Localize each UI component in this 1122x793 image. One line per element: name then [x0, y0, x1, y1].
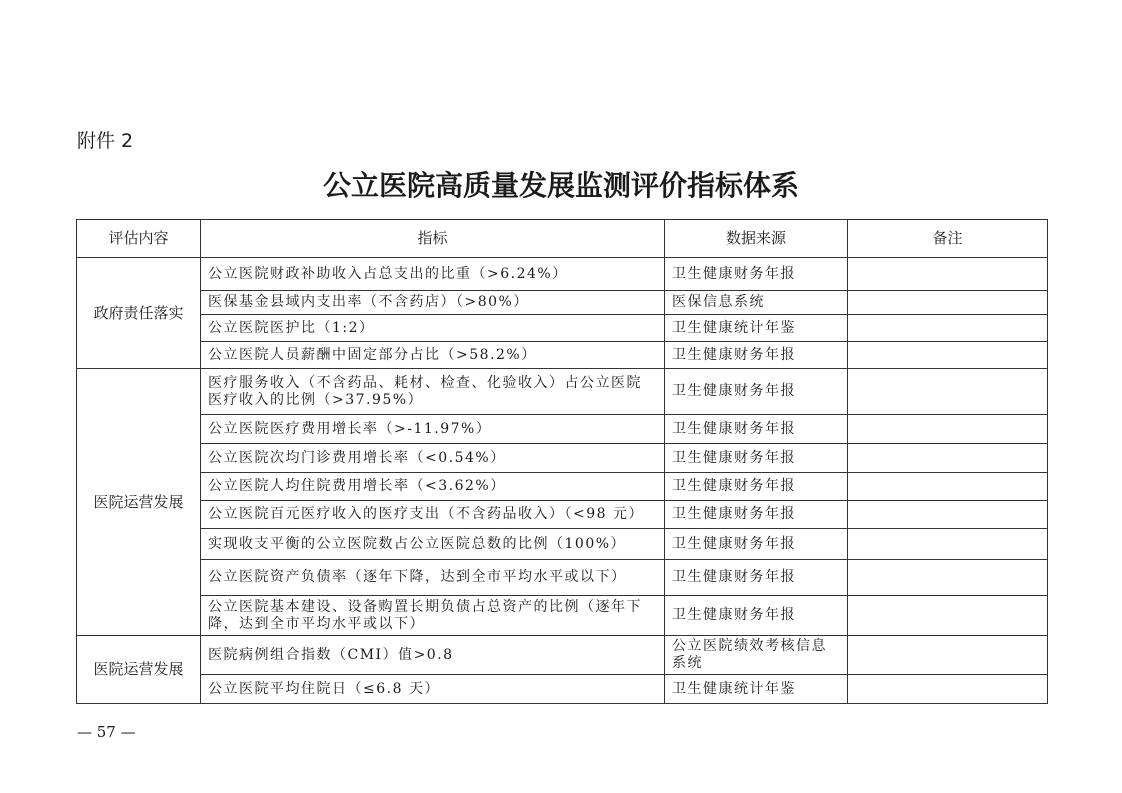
- indicator-cell: 医院病例组合指数（CMI）值>0.8: [201, 636, 665, 675]
- table-row: 公立医院资产负债率（逐年下降，达到全市平均水平或以下） 卫生健康财务年报: [77, 560, 1048, 596]
- source-cell: 卫生健康财务年报: [665, 415, 848, 444]
- table-row: 政府责任落实 公立医院财政补助收入占总支出的比重（>6.24%） 卫生健康财务年…: [77, 258, 1048, 291]
- indicator-cell: 公立医院人员薪酬中固定部分占比（>58.2%）: [201, 342, 665, 369]
- source-cell: 卫生健康财务年报: [665, 473, 848, 501]
- note-cell: [848, 501, 1048, 529]
- indicator-cell: 公立医院医护比（1:2）: [201, 315, 665, 342]
- attachment-label: 附件 2: [77, 126, 133, 153]
- note-cell: [848, 636, 1048, 675]
- note-cell: [848, 444, 1048, 473]
- note-cell: [848, 473, 1048, 501]
- table-row: 公立医院百元医疗收入的医疗支出（不含药品收入）（<98 元） 卫生健康财务年报: [77, 501, 1048, 529]
- indicator-table: 评估内容 指标 数据来源 备注 政府责任落实 公立医院财政补助收入占总支出的比重…: [76, 219, 1048, 704]
- table-row: 医保基金县域内支出率（不含药店）（>80%） 医保信息系统: [77, 291, 1048, 315]
- indicator-cell: 医保基金县域内支出率（不含药店）（>80%）: [201, 291, 665, 315]
- source-cell: 卫生健康统计年鉴: [665, 675, 848, 704]
- table-row: 公立医院平均住院日（≤6.8 天） 卫生健康统计年鉴: [77, 675, 1048, 704]
- indicator-cell: 公立医院次均门诊费用增长率（<0.54%）: [201, 444, 665, 473]
- column-header-note: 备注: [848, 220, 1048, 258]
- indicator-cell: 公立医院百元医疗收入的医疗支出（不含药品收入）（<98 元）: [201, 501, 665, 529]
- table-row: 医院运营发展 医疗服务收入（不含药品、耗材、检查、化验收入）占公立医院医疗收入的…: [77, 369, 1048, 415]
- note-cell: [848, 415, 1048, 444]
- source-cell: 卫生健康财务年报: [665, 501, 848, 529]
- table-row: 公立医院基本建设、设备购置长期负债占总资产的比例（逐年下降，达到全市平均水平或以…: [77, 596, 1048, 636]
- note-cell: [848, 315, 1048, 342]
- indicator-cell: 公立医院基本建设、设备购置长期负债占总资产的比例（逐年下降，达到全市平均水平或以…: [201, 596, 665, 636]
- source-cell: 卫生健康财务年报: [665, 342, 848, 369]
- source-cell: 医保信息系统: [665, 291, 848, 315]
- note-cell: [848, 560, 1048, 596]
- category-cell: 医院运营发展: [77, 369, 201, 636]
- table-row: 公立医院人均住院费用增长率（<3.62%） 卫生健康财务年报: [77, 473, 1048, 501]
- note-cell: [848, 529, 1048, 560]
- indicator-cell: 公立医院资产负债率（逐年下降，达到全市平均水平或以下）: [201, 560, 665, 596]
- source-cell: 卫生健康财务年报: [665, 560, 848, 596]
- source-cell: 卫生健康财务年报: [665, 529, 848, 560]
- table-row: 公立医院医护比（1:2） 卫生健康统计年鉴: [77, 315, 1048, 342]
- source-cell: 卫生健康财务年报: [665, 596, 848, 636]
- indicator-cell: 实现收支平衡的公立医院数占公立医院总数的比例（100%）: [201, 529, 665, 560]
- document-title: 公立医院高质量发展监测评价指标体系: [0, 164, 1122, 204]
- indicator-cell: 公立医院平均住院日（≤6.8 天）: [201, 675, 665, 704]
- table-row: 公立医院人员薪酬中固定部分占比（>58.2%） 卫生健康财务年报: [77, 342, 1048, 369]
- table-row: 公立医院医疗费用增长率（>-11.97%） 卫生健康财务年报: [77, 415, 1048, 444]
- indicator-cell: 公立医院人均住院费用增长率（<3.62%）: [201, 473, 665, 501]
- indicator-cell: 公立医院医疗费用增长率（>-11.97%）: [201, 415, 665, 444]
- table-row: 医院运营发展 医院病例组合指数（CMI）值>0.8 公立医院绩效考核信息系统: [77, 636, 1048, 675]
- source-cell: 卫生健康财务年报: [665, 369, 848, 415]
- note-cell: [848, 258, 1048, 291]
- source-cell: 卫生健康财务年报: [665, 444, 848, 473]
- source-cell: 卫生健康财务年报: [665, 258, 848, 291]
- source-cell: 公立医院绩效考核信息系统: [665, 636, 848, 675]
- source-cell: 卫生健康统计年鉴: [665, 315, 848, 342]
- category-cell: 政府责任落实: [77, 258, 201, 369]
- note-cell: [848, 369, 1048, 415]
- indicator-cell: 医疗服务收入（不含药品、耗材、检查、化验收入）占公立医院医疗收入的比例（>37.…: [201, 369, 665, 415]
- indicator-cell: 公立医院财政补助收入占总支出的比重（>6.24%）: [201, 258, 665, 291]
- category-cell: 医院运营发展: [77, 636, 201, 704]
- column-header-indicator: 指标: [201, 220, 665, 258]
- table-header-row: 评估内容 指标 数据来源 备注: [77, 220, 1048, 258]
- note-cell: [848, 342, 1048, 369]
- note-cell: [848, 596, 1048, 636]
- note-cell: [848, 675, 1048, 704]
- column-header-category: 评估内容: [77, 220, 201, 258]
- page-number: — 57 —: [77, 723, 136, 741]
- note-cell: [848, 291, 1048, 315]
- table-row: 实现收支平衡的公立医院数占公立医院总数的比例（100%） 卫生健康财务年报: [77, 529, 1048, 560]
- column-header-source: 数据来源: [665, 220, 848, 258]
- table-row: 公立医院次均门诊费用增长率（<0.54%） 卫生健康财务年报: [77, 444, 1048, 473]
